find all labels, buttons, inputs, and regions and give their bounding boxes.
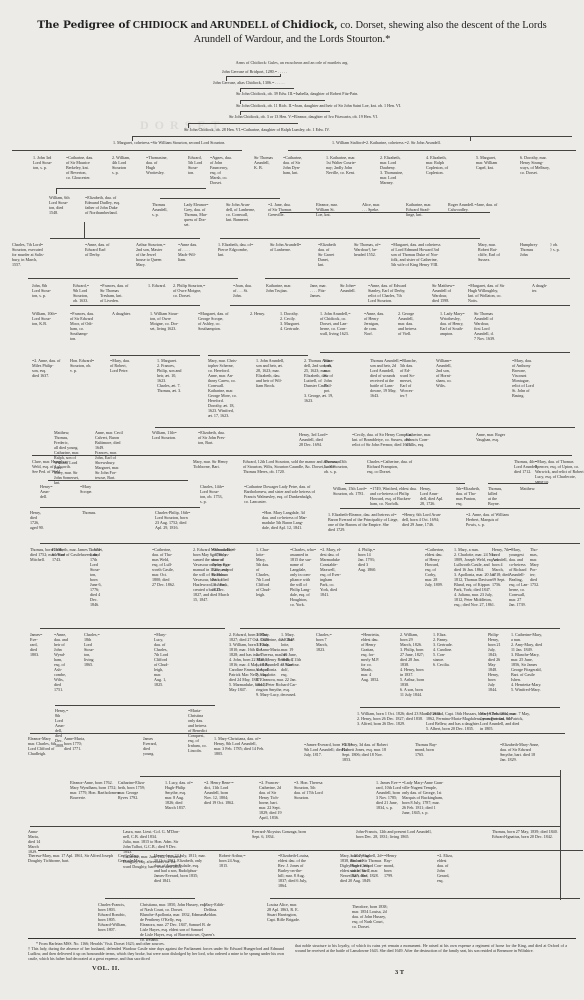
entry: 2. Henry.: [250, 311, 265, 316]
title-gothic-2: Chidiock,: [282, 19, 338, 31]
entry: 1. Eliza. 2. Fanny. 3. Gertrude. 4. Caro…: [433, 632, 453, 667]
entry: =Frances, dau. of Sir Thomas Tresham, kn…: [100, 283, 128, 303]
entry: Mary-Christiana, mar. James Everard, 9th…: [480, 711, 519, 731]
entry: =1749, Winifred, eldest dau. and co-heir…: [370, 486, 417, 506]
entry: =2. Eliza, eldest dau. of John Gerard, e…: [437, 853, 453, 883]
coheiress-right: 1. William Stafford=2. Katharine, coheir…: [332, 140, 441, 145]
entry: 1. John 3rd Lord Stour- ton, s. p.: [33, 155, 52, 170]
entry: 2. George Arundell, mar. dau. and heires…: [398, 311, 416, 336]
entry: Henry, born 24 July, 1811; mar. 30 Oct. …: [154, 853, 206, 883]
entry: =Maria- Christina only dau. and heiress …: [188, 708, 207, 753]
entry: Anne-Maria, born 1770; died 1771.: [64, 736, 85, 751]
entry: Lady Eleanor= Grey, dau. of Thomas, Mar-…: [184, 202, 208, 227]
entry: =Marcia-Brid- get, only dau. of James Fo…: [212, 547, 236, 592]
entry: 2. Elizabeth, mar. Lord Daubeny. 3. Thom…: [380, 155, 403, 185]
entry: =2. Mary, el- dest dau. of Marmaduke Con…: [320, 547, 341, 597]
arms-description: Arms of Chidiock: Gules, an escucheon an…: [0, 60, 584, 65]
entry: =Henry Ray- mond, born 1799.: [384, 853, 397, 878]
entry: =Charles, who= assumed in 1815 the sur- …: [290, 547, 316, 607]
entry: 1. Edward.: [148, 283, 166, 288]
entry: Charles.=Catherine, dau. of Richard Fram…: [367, 459, 412, 474]
entry: Theodore, born 1838; mar. 1854 Louisa, 2…: [352, 904, 388, 929]
entry: 1. Lady Mary= Wriothesley, dau. of Henry…: [440, 311, 465, 336]
entry: =2. Jane, dau. of Sir Thomas Grenville.: [268, 202, 291, 217]
entry: Charles, 14th= Lord Stour- ton, ob. 1753…: [200, 484, 224, 504]
entry: Mary, mar. Chris- topher Scherne, co. He…: [208, 358, 237, 418]
entry: 1. James Eve-= rard, 10th Lord Arundell,…: [376, 780, 401, 810]
entry: Robert-Arthur,= born 24 Aug. 1815.: [219, 853, 246, 868]
entry: 1. John Arundell, son and heir, æt. 28, …: [256, 358, 284, 388]
entry: =Elizabeth dau. of Sir Garret Danet, knt…: [318, 242, 336, 267]
entry: William, 6th Lord Stour- ton, died 1548.: [49, 195, 70, 215]
entry: =Elizabeth-Mary-Anne, dau. of Sir Edward…: [500, 742, 539, 762]
generation-6: Sir John Chidiock, ob. 28 Hen. VI.=Catha…: [184, 127, 330, 132]
entry: Henry, Lord Arun- dell, died Apl. 28, 17…: [420, 486, 443, 506]
entry: =Hon. Mary Langdale, 3d dau. and co-heir…: [262, 510, 307, 530]
entry: Edward,= 9th Lord Stourton, ob. 1633.: [73, 283, 89, 303]
entry: =Catherine, dau. of Tho- mas Weld, esq. …: [152, 547, 175, 587]
entry: John, 8th Lord Stour- ton, s. p.: [32, 283, 51, 298]
entry: 5th=Elizabeth, dau. of Tho- mas Panton, …: [456, 486, 480, 506]
entry: Matthew.: [520, 486, 535, 491]
entry: 1. Dorothy. 2. Cecily. 3. Margaret. 4. G…: [280, 311, 300, 331]
entry: } ob. } s. p.: [550, 242, 560, 252]
entry: Roger Arundell.=Jane, dau. of Calwoodley…: [448, 202, 497, 212]
entry: 1. Mary-Isabell, 2d= dau. of Sir Thomas …: [350, 853, 384, 878]
entry: Sir John Arundell= of Lanherne.: [270, 242, 301, 252]
entry: 1. John Arundell,= of Chidiock, co. Dors…: [320, 311, 351, 336]
entry: Eleanor, mar. William St. Loe, knt.: [316, 202, 338, 217]
entry: Eleanor-Mary mar. Charles, 6th Lord Clif…: [28, 736, 56, 756]
entry: 1. Mary. 2. Char- lotte, mar. 19 Jan. 18…: [281, 632, 295, 677]
entry: 4. Elizabeth, mar. Ralph Copleston, of C…: [426, 155, 448, 175]
entry: Katharine, mar. Edward Strad- linge, knt…: [406, 202, 431, 217]
title-part-1: CHIDIOCK and ARUNDELL of: [133, 20, 280, 31]
entry: 1. Char- lotte- Mary, 5th dau. of Charle…: [256, 547, 271, 597]
entry: Mary, mar. Robert Rat- cliffe, Earl of S…: [478, 242, 500, 262]
entry: Cecily-Mary. Gertrude-Mary.: [118, 853, 144, 863]
entry: Charles,= born 7 March, 1823.: [316, 632, 332, 652]
entry: Mary-Edith- Delfina. Aeldan.: [204, 902, 224, 917]
entry: =Mary, dau. of Anthony Browne, Viscount …: [512, 358, 534, 398]
entry: 1. Elizabeth-Eleanor, dau. and heiress o…: [328, 512, 398, 532]
entry: Thomas, killed at the Boyne.: [488, 486, 502, 506]
entry: 2. William, 4th Lord Stourton s. p.: [112, 155, 130, 175]
entry: Sir Thomas, of= Wardour†, be- headed 155…: [354, 242, 381, 257]
entry: Catherine, mar. Francis Corn- wallis, es…: [406, 432, 431, 447]
entry: =Mary, youngest dau. and co-heiress of R…: [509, 547, 529, 607]
entry: Sir Matthew= Arundell of Wardour, died 1…: [432, 283, 455, 303]
entry: Theresa-Mary, mar. 17 Apl. 1861, Sir Alf…: [28, 853, 113, 863]
entry: Alice, mar. . . . Speke.: [362, 202, 380, 212]
entry: Clare, mar. Humphrey Weld, esq. of Lulwo…: [32, 459, 71, 474]
entry: =Catharine Dowager Lady Petre, dau. of B…: [244, 484, 315, 504]
entry: Humphrey Thomas John: [520, 242, 538, 257]
entry: 1. Mary-Christiana, dau. of= Henry, 8th …: [214, 736, 264, 756]
entry: =Mary Scrope.: [80, 484, 92, 494]
entry: =Margaret, dau. of Sir Hugh Willoughby, …: [468, 283, 504, 303]
entry: Louisa Alice, mar. 28 Apl. 1863, R. E. S…: [267, 902, 300, 922]
entry: =2. Frances- Catherine, 2d dau. of Sir H…: [259, 780, 282, 820]
entry: =Anne, dau. of Henry Jernigan, de com. N…: [364, 311, 384, 336]
entry: =Henry, 6th Lord Arun- dell, born 4 Oct.…: [402, 512, 441, 527]
entry: =Anne, dau. and heir of John Wynd- ham, …: [54, 632, 68, 692]
entry: 1. Wil- liam, 17th Lord Stour- ton, born…: [90, 547, 102, 607]
entry: =Frances, dau. of Sir Edward Moor, of Od…: [70, 311, 94, 341]
entry: A daughter.: [112, 311, 131, 316]
entry: Hon. Edward= Stourton, ob. v. p.: [70, 358, 94, 373]
signature-mark: 3 T: [395, 969, 404, 976]
entry: =Thomasine, dau. of Hugh Wrottesley.: [146, 155, 168, 175]
entry: =Elizabeth, dau. of Edmund Dudley, esq. …: [85, 195, 120, 215]
entry: Mary, mar. Sir Henry Tichborne, Bart.: [193, 459, 228, 469]
entry: Sir Thomas Arundell, K. B.: [254, 155, 273, 170]
entry: Arthur Stourton,= 2nd son, Master of the…: [136, 242, 165, 267]
entry: Edward, 5th Lord Stour- ton.: [188, 155, 202, 175]
entry: Anne, mar. Roger Vaughan, esq.: [476, 432, 505, 442]
entry: =Margaret, dau. and coheiress of Lord Ed…: [391, 242, 440, 267]
entry: =Anne, dau. of Edward Earl of Derby.: [85, 242, 110, 257]
entry: Thomas Arundell, s. p.: [152, 202, 168, 217]
volume-label: VOL. II.: [92, 965, 120, 972]
entry: =Agnes, dau. of John Faunceroy, esq. of …: [210, 155, 232, 185]
entry: =Lady Mary-Anne Gran- ville-Nugent Templ…: [402, 780, 443, 815]
entry: Philip- Henry, born 21 July, 1843; died …: [488, 632, 501, 692]
entry: =2. Anne, dau. of Miles Philip- son, esq…: [32, 358, 60, 378]
entry: Thomas, 13th Lord Stourton, ob. s. p.: [324, 459, 348, 474]
entry: Thomas.: [82, 510, 96, 515]
entry: =Cecily, dau. of Sir Henry Compton, knt.…: [352, 432, 412, 447]
entry: =Mary- Lucy, dau. of Charles, 7th Lord C…: [154, 632, 169, 687]
entry: Everard-Aloysius Gonzaga, born Sept. 6, …: [252, 829, 306, 839]
entry: Henry= Arun- dell.: [40, 484, 53, 499]
entry: =Elizabeth-Louisa, eldest dau. of the Re…: [278, 853, 309, 888]
footnote-dagger-right: that noble structure to his loyalty, of …: [295, 943, 567, 953]
footnote-rule: [28, 938, 576, 939]
page-title: The Pedigree of CHIDIOCK and ARUNDELL of…: [20, 18, 564, 47]
generation-3: Sir John Chidiock, ob. 39 Edw. III.=Isab…: [236, 91, 358, 96]
entry: Sir John Arun- dell, of Lanherne, co. Co…: [226, 202, 255, 222]
entry: Charles-Philip, 16th= Lord Stourton, bor…: [155, 510, 190, 530]
entry: 1. Elizabeth, dau. of= Pierce Edgcombe, …: [218, 242, 253, 257]
entry: 2. Philip Stourton,= of Owre Moigne, co.…: [173, 283, 205, 298]
entry: James= Eve- rard, died 1803.: [30, 632, 42, 657]
entry: John-Francis, 12th and present Lord Arun…: [356, 829, 432, 839]
entry: 6. Dorothy, mar. Henry Strang- ways, of …: [520, 155, 550, 175]
entry: Henry, 3rd Lord= Arundell, died 28 Dec. …: [299, 432, 328, 447]
entry: Jane, mar. . . . . Fitz- James.: [310, 283, 326, 298]
entry: 2. William, born 29 March, 1826. 3. Phil…: [400, 632, 424, 697]
entry: Catharine-Eliza- beth, born 1759; mar. G…: [118, 780, 145, 800]
entry: William= Arundell, 2nd son, of Horni- sh…: [436, 358, 452, 388]
coheiress-left: 1. Margaret, coheiress.=Sir William Stou…: [113, 140, 225, 145]
entry: 1. Margaret. 2. Frances, Philip, son and…: [157, 358, 181, 393]
entry: Thomas, born 27 May, 1839; died 1840. Ed…: [492, 829, 558, 839]
entry: 1. William Stour- ton, of Owre Moigne, c…: [150, 311, 178, 331]
entry: William, 10th= Lord Stour- ton, K.B.: [32, 311, 57, 326]
entry: James Everard, died young.: [143, 736, 157, 756]
entry: Eleanor-Anne, born 1762. Mary Wyndham, b…: [70, 780, 120, 800]
entry: Charles,= 18th Lord Stour- ton, living 1…: [84, 632, 100, 667]
entry: =Elizabeth, dau. of Sir John Pres- ton, …: [198, 430, 225, 445]
entry: =Blanche, 5th dau. of Ed- ward So- merse…: [400, 358, 417, 398]
entry: Thomas Arundell,= son and heir, 2d Lord …: [370, 358, 402, 398]
entry: Tho- mas, mar. Mary Por- ter; died 1752.: [530, 547, 539, 587]
entry: =Anne dau. of . . . . Mach-Wil- liam.: [178, 242, 197, 262]
entry: Sir John= Arundell.: [340, 283, 356, 293]
entry: =2. Mary, 3d dau. of Robert Barnett Jone…: [342, 742, 388, 762]
footnote-dagger-left: † This lady, during the absence of her h…: [28, 946, 284, 961]
entry: =Anne, dau. of Edward Stanley, Earl of D…: [368, 283, 406, 303]
generation-2: John Gervase, alias Chidiock, 1306.= . .…: [213, 80, 285, 85]
entry: =Catharine, dau. of Sir Maurice Berkeley…: [66, 155, 93, 180]
entry: Henry, died 1726, aged 90.: [30, 510, 44, 530]
entry: William, 15th Lord= Stourton, ob. 1781.: [333, 486, 367, 496]
entry: 1. Katharine, mar. 1st Walter Courte- na…: [326, 155, 356, 175]
entry: =Henrietta, eldest dau. of Henry Grattan…: [361, 632, 380, 682]
generation-1: John Gervase of Bridport, 1280.= . . . .…: [222, 69, 287, 74]
entry: =Catharine, dau. of Sir John Dyn- ham, k…: [283, 155, 302, 175]
entry: Charles, 7th Lord= Stourton, executed fo…: [12, 242, 44, 267]
entry: 1. Lucy, dau. of= Hugh-Philip Smythe, es…: [165, 780, 193, 810]
entry: William, 11th= Lord Stourton.: [152, 430, 177, 440]
title-gothic-1: The Pedigree of: [37, 19, 130, 31]
entry: Charles-Francis, born 1803. Edward Rondr…: [98, 902, 126, 932]
entry: =2. Anne, dau. of William Herbert, Marqu…: [466, 512, 509, 527]
entry: Katharine, mar. John Trujian.: [266, 283, 291, 293]
entry: Eliza- beth, mar. Sir John Phil- pot.: [324, 358, 334, 393]
entry: =Margaret, dau. of George Scrope, of Ash…: [198, 311, 229, 331]
entry: Thomas Ray- mond, born 1765.: [415, 742, 437, 757]
pedigree-page: DORSET The Pedigree of CHIDIOCK and ARUN…: [0, 0, 584, 1000]
entry: =3. Hon. Theresa Stourton, 5th dau. of 1…: [294, 780, 323, 800]
entry: A daugh- ter.: [532, 283, 547, 293]
generation-4: Sir John Chidiock, ob. 11 Rich. II.=Joan…: [236, 103, 401, 108]
entry: =Mary, dau. of Robert, Lord Petre.: [110, 358, 130, 373]
entry: 5. Margaret, mar. William Capel, knt.: [476, 155, 497, 170]
entry: Sir Thomas Arundell of Wardour, first Lo…: [474, 311, 495, 341]
entry: 4. Philip,= born 14 Jan. 1793; died 3 Au…: [358, 547, 376, 572]
entry: =Mary, dau. of Thomas Spencer, esq. of U…: [535, 459, 584, 484]
entry: Matthew, Thomas, Frederic, all died youn…: [54, 430, 79, 485]
entry: =2. Henry Bene-= dict, 11th Lord Arundel…: [204, 780, 234, 805]
entry: =Joan, dau. of . . . St. John.: [233, 283, 252, 298]
entry: =Catherine, eldest dau. of Henry Howard,…: [425, 547, 444, 587]
generation-5: Sir John Chidiock, ob. 3 or 13 Hen. V.=E…: [229, 114, 378, 119]
entry: 1. Catherine-Mary, a nun. 2. Amy-Mary, d…: [511, 632, 542, 692]
